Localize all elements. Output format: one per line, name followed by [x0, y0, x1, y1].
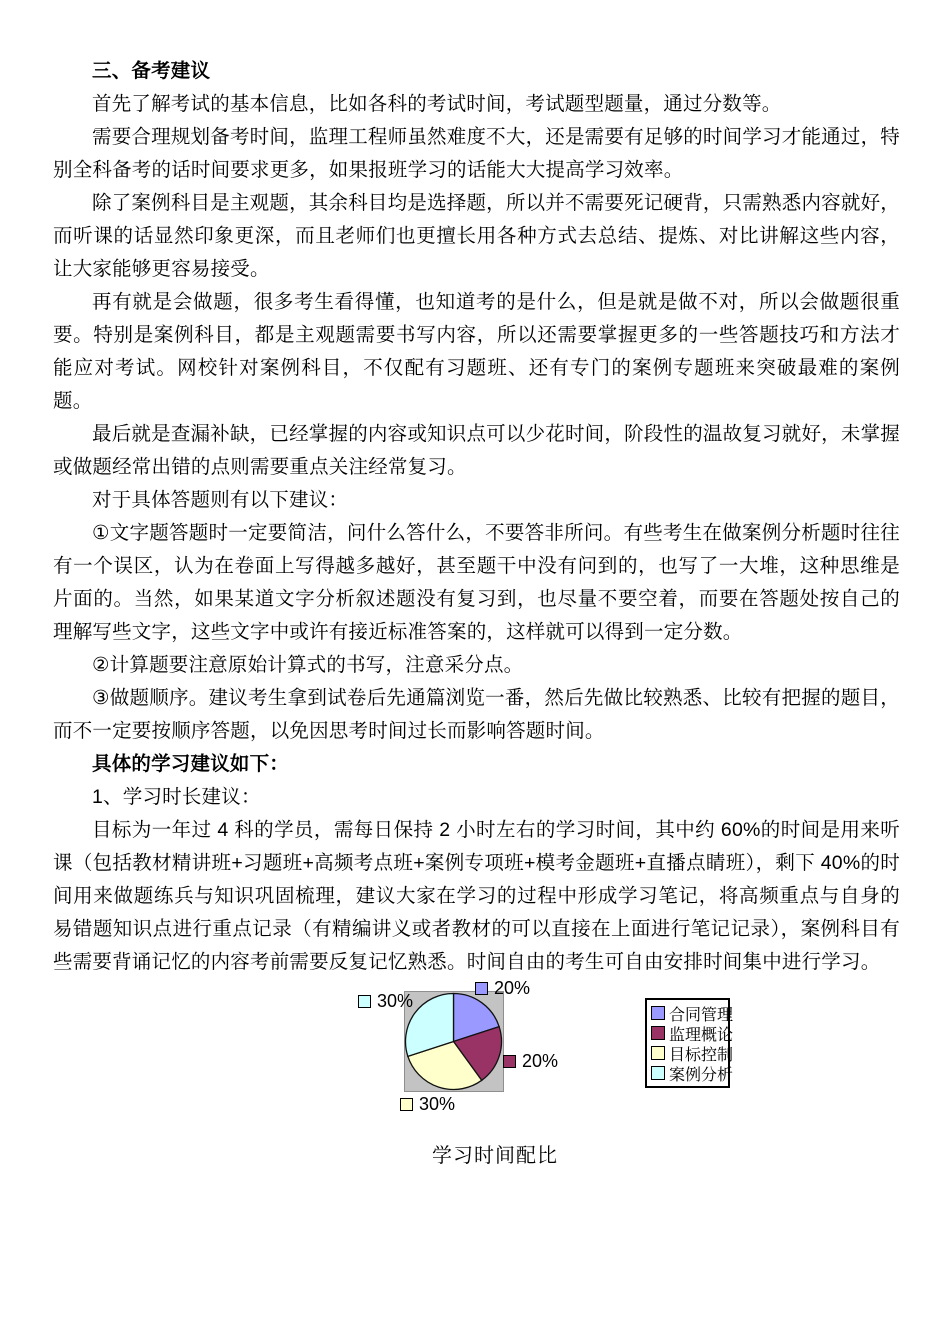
- data-label-target-control: 30%: [400, 1094, 455, 1115]
- data-label-contract-management: 20%: [475, 978, 530, 999]
- legend-item-contract-management: 合同管理: [651, 1003, 725, 1023]
- legend-key-icon: [358, 995, 371, 1008]
- paragraph: 需要合理规划备考时间，监理工程师虽然难度不大，还是需要有足够的时间学习才能通过，…: [53, 121, 900, 187]
- legend-item-case-analysis: 案例分析: [651, 1063, 725, 1083]
- legend-label: 监理概论: [669, 1022, 733, 1045]
- paragraph: 1、学习时长建议：: [53, 781, 900, 814]
- document-page: 三、备考建议 首先了解考试的基本信息，比如各科的考试时间，考试题型题量，通过分数…: [0, 0, 950, 1344]
- data-label-value: 20%: [494, 978, 530, 999]
- legend-label: 案例分析: [669, 1062, 733, 1085]
- paragraph: ③做题顺序。建议考生拿到试卷后先通篇浏览一番，然后先做比较熟悉、比较有把握的题目…: [53, 682, 900, 748]
- legend-label: 目标控制: [669, 1042, 733, 1065]
- paragraph: 最后就是查漏补缺，已经掌握的内容或知识点可以少花时间，阶段性的温故复习就好，未掌…: [53, 418, 900, 484]
- paragraph: 对于具体答题则有以下建议：: [53, 484, 900, 517]
- pie-slice-目标控制: [408, 1042, 482, 1090]
- bold-paragraph: 具体的学习建议如下：: [53, 748, 900, 781]
- document-text: 三、备考建议 首先了解考试的基本信息，比如各科的考试时间，考试题型题量，通过分数…: [53, 55, 900, 979]
- legend-key-icon: [651, 1066, 665, 1080]
- paragraph: ①文字题答题时一定要简洁，问什么答什么，不要答非所问。有些考生在做案例分析题时往…: [53, 517, 900, 649]
- pie-slice-合同管理: [454, 994, 500, 1042]
- pie-slice-监理概论: [454, 1027, 502, 1081]
- chart-plot-area: [404, 991, 504, 1092]
- legend-label: 合同管理: [669, 1002, 733, 1025]
- paragraph: 除了案例科目是主观题，其余科目均是选择题，所以并不需要死记硬背，只需熟悉内容就好…: [53, 187, 900, 286]
- legend-key-icon: [503, 1055, 516, 1068]
- pie-chart: [402, 990, 505, 1093]
- section-heading: 三、备考建议: [53, 55, 900, 88]
- data-label-supervision-overview: 20%: [503, 1051, 558, 1072]
- legend-key-icon: [475, 982, 488, 995]
- data-label-case-analysis: 30%: [358, 991, 413, 1012]
- pie-slice-案例分析: [406, 994, 454, 1057]
- paragraph: 再有就是会做题，很多考生看得懂，也知道考的是什么，但是就是做不对，所以会做题很重…: [53, 286, 900, 418]
- data-label-value: 30%: [377, 991, 413, 1012]
- legend-item-supervision-overview: 监理概论: [651, 1023, 725, 1043]
- legend-key-icon: [651, 1006, 665, 1020]
- data-label-value: 20%: [522, 1051, 558, 1072]
- chart-legend: 合同管理 监理概论 目标控制 案例分析: [645, 998, 730, 1088]
- legend-key-icon: [651, 1046, 665, 1060]
- paragraph: 目标为一年过 4 科的学员，需每日保持 2 小时左右的学习时间，其中约 60%的…: [53, 814, 900, 979]
- document-body: 首先了解考试的基本信息，比如各科的考试时间，考试题型题量，通过分数等。需要合理规…: [53, 88, 900, 979]
- chart-title: 学习时间配比: [0, 1139, 950, 1168]
- data-label-value: 30%: [419, 1094, 455, 1115]
- legend-key-icon: [400, 1098, 413, 1111]
- legend-item-target-control: 目标控制: [651, 1043, 725, 1063]
- paragraph: ②计算题要注意原始计算式的书写，注意采分点。: [53, 649, 900, 682]
- legend-key-icon: [651, 1026, 665, 1040]
- paragraph: 首先了解考试的基本信息，比如各科的考试时间，考试题型题量，通过分数等。: [53, 88, 900, 121]
